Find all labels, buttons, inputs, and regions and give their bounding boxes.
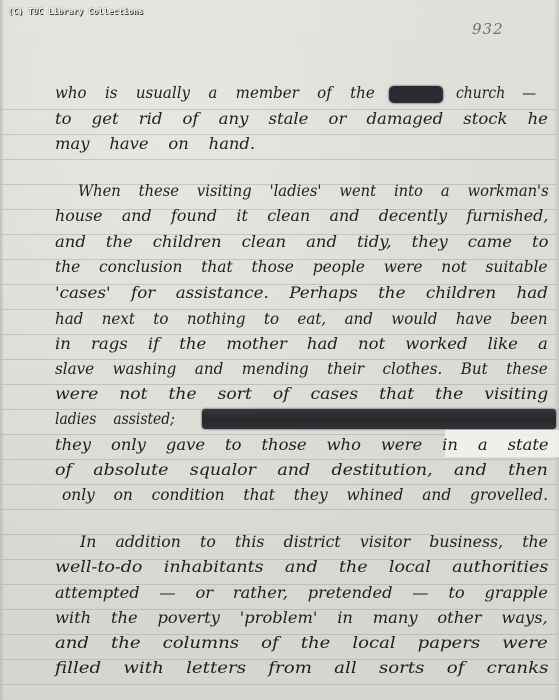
- manuscript-line-6: and the children clean and tidy, they ca…: [55, 233, 548, 251]
- page-left-edge: [0, 0, 4, 700]
- manuscript-line-1b: church —: [456, 84, 536, 102]
- manuscript-line-21: and the columns of the local papers were: [55, 634, 548, 652]
- manuscript-line-7: the conclusion that those people were no…: [55, 258, 548, 276]
- page-right-edge: [554, 0, 559, 700]
- manuscript-line-10: in rags if the mother had not worked lik…: [55, 335, 548, 353]
- manuscript-line-13a: ladies assisted;: [55, 410, 175, 428]
- redaction-block: [202, 409, 556, 429]
- manuscript-line-4: When these visiting 'ladies' went into a…: [78, 182, 549, 200]
- manuscript-line-3: may have on hand.: [55, 135, 255, 153]
- copyright-watermark: (C) TUC Library Collections: [8, 7, 143, 16]
- manuscript-line-18: well-to-do inhabitants and the local aut…: [55, 558, 548, 576]
- manuscript-line-11: slave washing and mending their clothes.…: [55, 360, 548, 378]
- manuscript-line-12: were not the sort of cases that the visi…: [55, 385, 548, 403]
- manuscript-line-22: filled with letters from all sorts of cr…: [55, 659, 548, 677]
- manuscript-page: (C) TUC Library Collections 932 who is u…: [0, 0, 559, 700]
- manuscript-line-8: 'cases' for assistance. Perhaps the chil…: [55, 284, 548, 302]
- manuscript-line-2: to get rid of any stale or damaged stock…: [55, 110, 548, 128]
- manuscript-line-20: with the poverty 'problem' in many other…: [55, 609, 548, 627]
- manuscript-line-5: house and found it clean and decently fu…: [55, 207, 548, 225]
- manuscript-line-14: they only gave to those who were in a st…: [55, 436, 549, 454]
- page-number: 932: [472, 20, 504, 38]
- manuscript-line-16: only on condition that they whined and g…: [62, 486, 548, 504]
- manuscript-line-9: had next to nothing to eat, and would ha…: [55, 310, 548, 328]
- redaction-block: [389, 86, 443, 103]
- manuscript-line-1a: who is usually a member of the: [55, 84, 375, 102]
- manuscript-line-15: of absolute squalor and destitution, and…: [55, 461, 548, 479]
- manuscript-line-19: attempted — or rather, pretended — to gr…: [55, 584, 548, 602]
- manuscript-line-17: In addition to this district visitor bus…: [80, 533, 548, 551]
